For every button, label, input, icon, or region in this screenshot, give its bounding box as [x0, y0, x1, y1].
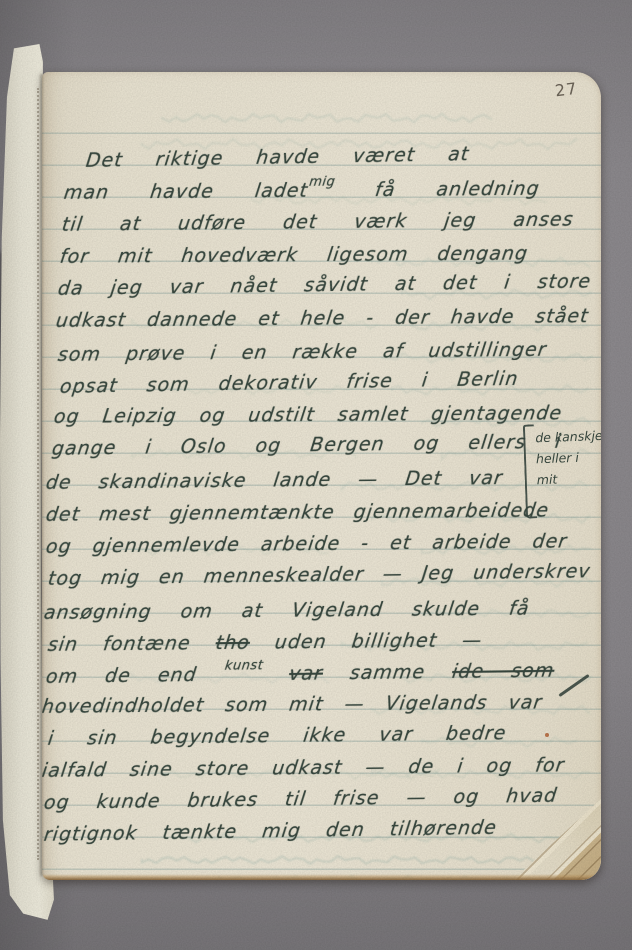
handwriting-text: det mest gjennemtænkte gjennemarbeidede	[45, 500, 551, 526]
inserted-word: kunst	[224, 658, 264, 673]
photo-of-notebook: { "page": { "number": "27" }, "handwriti…	[0, 0, 632, 950]
binding-gap-shadow	[40, 74, 43, 876]
handwriting-line: tog mig en menneskealder — Jeg underskre…	[47, 560, 592, 590]
handwriting-text: Det riktige havde været at	[85, 143, 471, 172]
stitching-dots	[37, 88, 39, 860]
margin-note-lines: de kanskjeheller imit	[535, 425, 601, 490]
handwriting-line: det mest gjennemtænkte gjennemarbeidede	[45, 500, 551, 526]
handwriting-text: ansøgning om at Vigeland skulde få	[43, 598, 531, 624]
handwriting-text: opsat som dekorativ frise i Berlin	[59, 368, 520, 398]
handwriting-text: hovedindholdet som mit — Vigelands var	[42, 692, 544, 718]
struck-word: var	[288, 663, 325, 685]
handwriting-line: og gjennemlevde arbeide - et arbeide der	[45, 531, 569, 558]
handwriting-line: og kunde brukes til frise — og hvad	[43, 785, 559, 814]
inserted-word: mig	[308, 175, 336, 190]
handwriting-text: til at udføre det værk jeg anses	[61, 209, 575, 236]
handwriting-line: i sin begyndelse ikke var bedre	[47, 722, 508, 750]
handwriting-line: ialfald sine store udkast — de i og for	[42, 755, 566, 783]
handwriting-text: man havde ladet	[63, 180, 310, 204]
handwriting-text: uden billighet —	[248, 629, 483, 653]
handwriting-text: og Leipzig og udstilt samlet gjentagende	[53, 402, 564, 428]
handwriting-text: da jeg var nået såvidt at det i store	[57, 271, 593, 300]
handwriting-text: de skandinaviske lande — Det var	[45, 467, 505, 494]
margin-note-line: de kanskje	[535, 425, 601, 448]
handwriting-block: Det riktige havde været atman havde lade…	[42, 72, 601, 880]
handwriting-line: rigtignok tænkte mig den tilhørende	[43, 817, 499, 846]
handwriting-text: gange i Oslo og Bergen og ellers i	[51, 431, 563, 460]
rust-speck	[545, 733, 549, 737]
handwriting-text: sin fontæne	[47, 632, 218, 656]
handwriting-text: få anledning	[333, 178, 541, 202]
handwriting-line: udkast dannede et hele - der havde stået	[55, 305, 591, 332]
handwriting-line: da jeg var nået såvidt at det i store	[57, 271, 593, 300]
handwriting-line: som prøve i en række af udstillinger	[57, 339, 548, 366]
handwriting-text: om de end	[45, 664, 226, 688]
handwriting-line: gange i Oslo og Bergen og ellers i	[51, 431, 563, 460]
handwriting-line: til at udføre det værk jeg anses	[61, 209, 575, 236]
handwriting-text: ialfald sine store udkast — de i og for	[42, 755, 566, 783]
handwriting-line: opsat som dekorativ frise i Berlin	[59, 368, 520, 398]
notebook-page: 27 Det riktige havde været atman havde l…	[42, 72, 601, 880]
handwriting-text: i sin begyndelse ikke var bedre	[47, 722, 508, 750]
handwriting-line: og Leipzig og udstilt samlet gjentagende	[53, 402, 564, 428]
handwriting-line: man havde ladetmig få anledning	[63, 178, 542, 204]
margin-note: de kanskjeheller imit	[535, 425, 601, 490]
handwriting-line: de skandinaviske lande — Det var	[45, 467, 505, 494]
handwriting-text	[261, 663, 291, 685]
struck-word: ide som	[451, 660, 556, 683]
margin-note-line: mit	[536, 467, 601, 490]
handwriting-line: ansøgning om at Vigeland skulde få	[43, 598, 531, 624]
margin-note-line: heller i	[536, 446, 601, 470]
handwriting-text: som prøve i en række af udstillinger	[57, 339, 548, 366]
handwriting-line: om de end kunst var samme ide som	[45, 660, 556, 688]
handwriting-text: tog mig en menneskealder — Jeg underskre…	[47, 560, 592, 590]
handwriting-text: og gjennemlevde arbeide - et arbeide der	[45, 531, 569, 558]
handwriting-line: sin fontæne tho uden billighet —	[47, 629, 484, 656]
handwriting-text: og kunde brukes til frise — og hvad	[43, 785, 559, 814]
page-bottom-edge	[42, 874, 601, 880]
handwriting-line: hovedindholdet som mit — Vigelands var	[42, 692, 544, 718]
handwriting-text: samme	[322, 661, 454, 685]
handwriting-line: for mit hovedværk ligesom dengang	[59, 243, 530, 268]
handwriting-text: for mit hovedværk ligesom dengang	[59, 243, 530, 268]
handwriting-text: udkast dannede et hele - der havde stået	[55, 305, 591, 332]
handwriting-line: Det riktige havde været at	[85, 143, 471, 172]
struck-word: tho	[214, 632, 251, 654]
handwriting-text: rigtignok tænkte mig den tilhørende	[43, 817, 499, 846]
